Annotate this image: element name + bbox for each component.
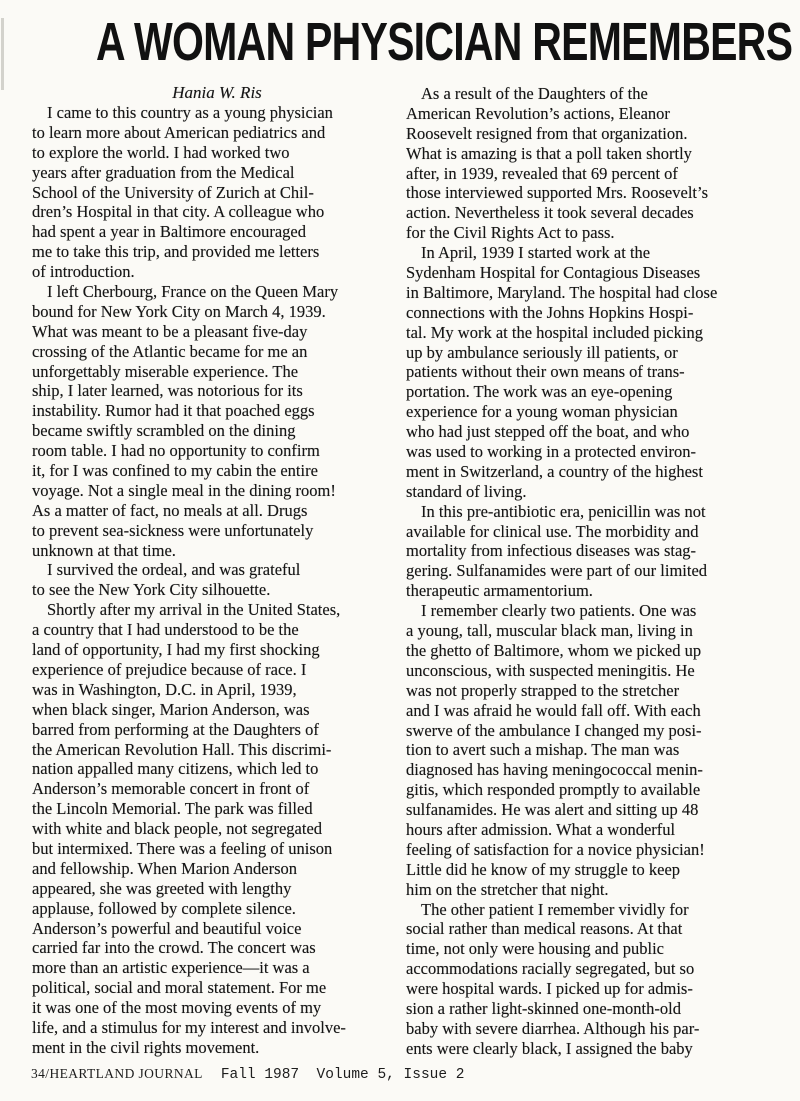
text-line: bound for New York City on March 4, 1939… [32, 302, 402, 322]
text-line: I remember clearly two patients. One was [406, 601, 792, 621]
paragraph: The other patient I remember vividly for… [406, 900, 792, 1059]
page-footer: 34/HEARTLAND JOURNAL Fall 1987 Volume 5,… [31, 1066, 464, 1083]
journal-page-label: 34/HEARTLAND JOURNAL [31, 1066, 203, 1082]
text-line: American Revolution’s actions, Eleanor [406, 104, 792, 124]
text-line: life, and a stimulus for my interest and… [32, 1018, 402, 1038]
text-line: me to take this trip, and provided me le… [32, 242, 402, 262]
text-line: gitis, which responded promptly to avail… [406, 780, 792, 800]
text-line: a country that I had understood to be th… [32, 620, 402, 640]
paragraph: Shortly after my arrival in the United S… [32, 600, 402, 1057]
text-line: to prevent sea-sickness were unfortunate… [32, 521, 402, 541]
text-line: had spent a year in Baltimore encouraged [32, 222, 402, 242]
text-line: appeared, she was greeted with lengthy [32, 879, 402, 899]
right-column-text: As a result of the Daughters of theAmeri… [406, 84, 792, 1059]
text-line: years after graduation from the Medical [32, 163, 402, 183]
paragraph: As a result of the Daughters of theAmeri… [406, 84, 792, 243]
text-line: baby with severe diarrhea. Although his … [406, 1019, 792, 1039]
scan-edge-artifact [1, 18, 4, 90]
text-line: standard of living. [406, 482, 792, 502]
text-line: after, in 1939, revealed that 69 percent… [406, 164, 792, 184]
text-line: were hospital wards. I picked up for adm… [406, 979, 792, 999]
text-line: The other patient I remember vividly for [406, 900, 792, 920]
text-line: As a result of the Daughters of the [406, 84, 792, 104]
text-line: the Lincoln Memorial. The park was fille… [32, 799, 402, 819]
text-line: crossing of the Atlantic became for me a… [32, 342, 402, 362]
text-line: carried far into the crowd. The concert … [32, 938, 402, 958]
text-line: but intermixed. There was a feeling of u… [32, 839, 402, 859]
text-line: him on the stretcher that night. [406, 880, 792, 900]
scanned-article-page: A WOMAN PHYSICIAN REMEMBERS Hania W. Ris… [0, 0, 800, 1101]
text-line: of introduction. [32, 262, 402, 282]
text-line: I came to this country as a young physic… [32, 103, 402, 123]
text-line: the American Revolution Hall. This discr… [32, 740, 402, 760]
text-line: voyage. Not a single meal in the dining … [32, 481, 402, 501]
paragraph: I came to this country as a young physic… [32, 103, 402, 282]
text-line: room table. I had no opportunity to conf… [32, 441, 402, 461]
text-line: swerve of the ambulance I changed my pos… [406, 721, 792, 741]
text-line: social rather than medical reasons. At t… [406, 919, 792, 939]
text-line: more than an artistic experience—it was … [32, 958, 402, 978]
text-line: with white and black people, not segrega… [32, 819, 402, 839]
text-line: As a matter of fact, no meals at all. Dr… [32, 501, 402, 521]
text-line: nation appalled many citizens, which led… [32, 759, 402, 779]
text-line: to learn more about American pediatrics … [32, 123, 402, 143]
text-line: patients without their own means of tran… [406, 362, 792, 382]
text-line: dren’s Hospital in that city. A colleagu… [32, 202, 402, 222]
text-line: experience of prejudice because of race.… [32, 660, 402, 680]
text-line: Anderson’s powerful and beautiful voice [32, 919, 402, 939]
text-line: was used to working in a protected envir… [406, 442, 792, 462]
text-line: became swiftly scrambled on the dining [32, 421, 402, 441]
text-line: it, for I was confined to my cabin the e… [32, 461, 402, 481]
text-line: feeling of satisfaction for a novice phy… [406, 840, 792, 860]
text-line: up by ambulance seriously ill patients, … [406, 343, 792, 363]
issue-info: Fall 1987 Volume 5, Issue 2 [221, 1067, 465, 1083]
text-line: Roosevelt resigned from that organizatio… [406, 124, 792, 144]
text-line: ment in Switzerland, a country of the hi… [406, 462, 792, 482]
text-line: ship, I later learned, was notorious for… [32, 381, 402, 401]
text-line: and fellowship. When Marion Anderson [32, 859, 402, 879]
text-line: In this pre-antibiotic era, penicillin w… [406, 502, 792, 522]
text-line: Sydenham Hospital for Contagious Disease… [406, 263, 792, 283]
text-line: In April, 1939 I started work at the [406, 243, 792, 263]
text-line: to explore the world. I had worked two [32, 143, 402, 163]
text-line: tion to avert such a mishap. The man was [406, 740, 792, 760]
text-line: experience for a young woman physician [406, 402, 792, 422]
text-line: barred from performing at the Daughters … [32, 720, 402, 740]
byline: Hania W. Ris [32, 82, 402, 103]
text-line: therapeutic armamentorium. [406, 581, 792, 601]
text-line: ents were clearly black, I assigned the … [406, 1039, 792, 1059]
text-line: portation. The work was an eye-opening [406, 382, 792, 402]
text-line: a young, tall, muscular black man, livin… [406, 621, 792, 641]
text-line: land of opportunity, I had my first shoc… [32, 640, 402, 660]
text-line: connections with the Johns Hopkins Hospi… [406, 303, 792, 323]
text-line: it was one of the most moving events of … [32, 998, 402, 1018]
text-line: diagnosed has having meningococcal menin… [406, 760, 792, 780]
text-line: I left Cherbourg, France on the Queen Ma… [32, 282, 402, 302]
text-line: sion a rather light-skinned one-month-ol… [406, 999, 792, 1019]
text-line: to see the New York City silhouette. [32, 580, 402, 600]
text-line: mortality from infectious diseases was s… [406, 541, 792, 561]
text-line: instability. Rumor had it that poached e… [32, 401, 402, 421]
text-line: applause, followed by complete silence. [32, 899, 402, 919]
text-line: unconscious, with suspected meningitis. … [406, 661, 792, 681]
text-line: was in Washington, D.C. in April, 1939, [32, 680, 402, 700]
left-column: Hania W. Ris I came to this country as a… [32, 82, 402, 1058]
text-line: gering. Sulfanamides were part of our li… [406, 561, 792, 581]
text-line: Little did he know of my struggle to kee… [406, 860, 792, 880]
text-line: and I was afraid he would fall off. With… [406, 701, 792, 721]
text-line: tal. My work at the hospital included pi… [406, 323, 792, 343]
paragraph: In this pre-antibiotic era, penicillin w… [406, 502, 792, 601]
right-column: As a result of the Daughters of theAmeri… [406, 82, 792, 1059]
paragraph: I remember clearly two patients. One was… [406, 601, 792, 899]
text-line: action. Nevertheless it took several dec… [406, 203, 792, 223]
text-line: hours after admission. What a wonderful [406, 820, 792, 840]
text-line: accommodations racially segregated, but … [406, 959, 792, 979]
paragraph: In April, 1939 I started work at theSyde… [406, 243, 792, 502]
text-line: unknown at that time. [32, 541, 402, 561]
text-line: for the Civil Rights Act to pass. [406, 223, 792, 243]
text-line: the ghetto of Baltimore, whom we picked … [406, 641, 792, 661]
article-title: A WOMAN PHYSICIAN REMEMBERS [96, 14, 704, 70]
text-line: who had just stepped off the boat, and w… [406, 422, 792, 442]
text-line: ment in the civil rights movement. [32, 1038, 402, 1058]
text-line: time, not only were housing and public [406, 939, 792, 959]
paragraph: I survived the ordeal, and was gratefult… [32, 560, 402, 600]
text-line: those interviewed supported Mrs. Rooseve… [406, 183, 792, 203]
text-line: School of the University of Zurich at Ch… [32, 183, 402, 203]
text-line: available for clinical use. The morbidit… [406, 522, 792, 542]
paragraph: I left Cherbourg, France on the Queen Ma… [32, 282, 402, 560]
text-line: sulfanamides. He was alert and sitting u… [406, 800, 792, 820]
text-line: in Baltimore, Maryland. The hospital had… [406, 283, 792, 303]
text-line: I survived the ordeal, and was grateful [32, 560, 402, 580]
text-line: What was meant to be a pleasant five-day [32, 322, 402, 342]
text-line: when black singer, Marion Anderson, was [32, 700, 402, 720]
text-line: political, social and moral statement. F… [32, 978, 402, 998]
text-line: Shortly after my arrival in the United S… [32, 600, 402, 620]
text-line: was not properly strapped to the stretch… [406, 681, 792, 701]
text-line: Anderson’s memorable concert in front of [32, 779, 402, 799]
left-column-text: I came to this country as a young physic… [32, 103, 402, 1058]
text-line: unforgettably miserable experience. The [32, 362, 402, 382]
text-line: What is amazing is that a poll taken sho… [406, 144, 792, 164]
